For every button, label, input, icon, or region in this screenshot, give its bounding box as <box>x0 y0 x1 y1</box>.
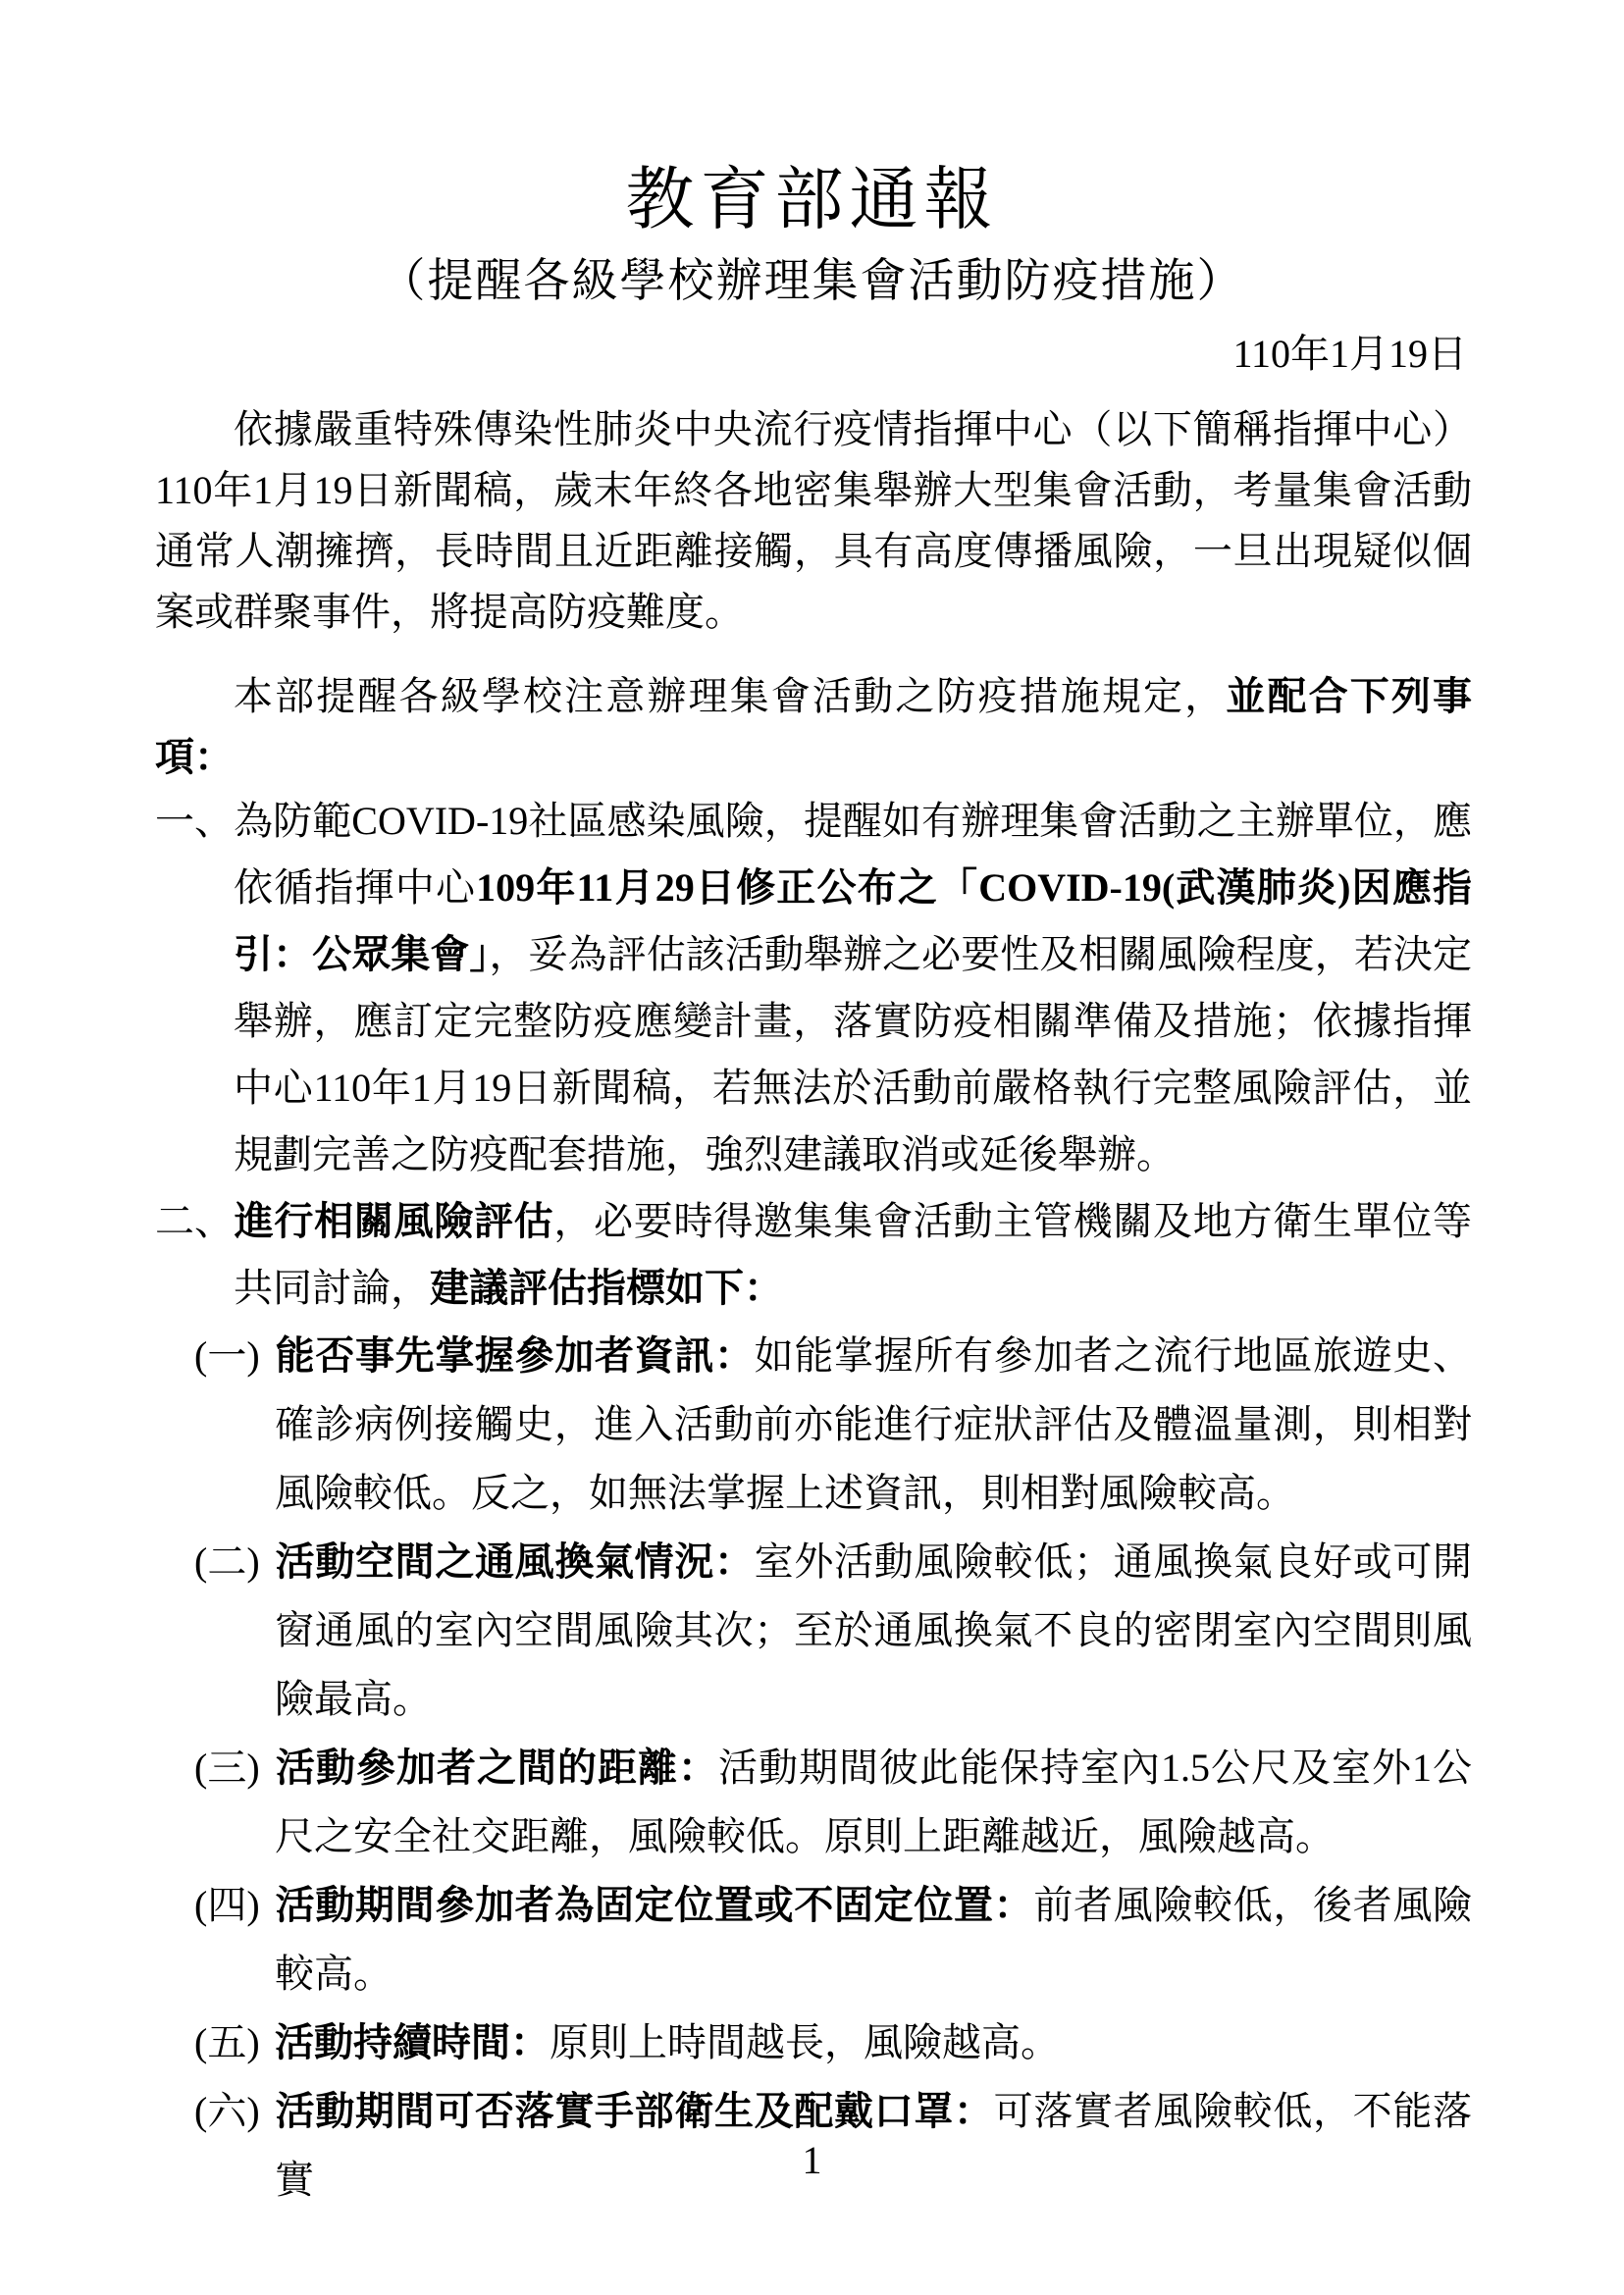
document-date: 110年1月19日 <box>0 329 1467 380</box>
document-page: 教育部通報 （提醒各級學校辦理集會活動防疫措施） 110年1月19日 依據嚴重特… <box>0 0 1624 2295</box>
criterion-6-marker: (六) <box>194 2077 275 2146</box>
criterion-5: (五)活動持續時間：原則上時間越長，風險越高。 <box>155 2008 1472 2077</box>
list-item-two-marker: 二、 <box>155 1188 234 1255</box>
criterion-2-marker: (二) <box>194 1528 275 1596</box>
list-item-two-bold-tail: 建議評估指標如下： <box>430 1266 783 1310</box>
criterion-3-marker: (三) <box>194 1734 275 1802</box>
criterion-1-heading: 能否事先掌握參加者資訊： <box>275 1333 755 1378</box>
list-item-one: 一、為防範COVID-19社區感染風險，提醒如有辦理集會活動之主辦單位，應依循指… <box>155 788 1472 1188</box>
criterion-2: (二)活動空間之通風換氣情況：室外活動風險較低；通風換氣良好或可開窗通風的室內空… <box>155 1528 1472 1734</box>
criterion-6-heading: 活動期間可否落實手部衛生及配戴口罩： <box>275 2089 994 2133</box>
paragraph-basis: 依據嚴重特殊傳染性肺炎中央流行疫情指揮中心（以下簡稱指揮中心）110年1月19日… <box>155 399 1472 643</box>
criterion-5-body: 原則上時間越長，風險越高。 <box>550 2020 1060 2064</box>
criterion-5-heading: 活動持續時間： <box>275 2020 550 2064</box>
criterion-5-marker: (五) <box>194 2008 275 2077</box>
list-item-two-bold-lead: 進行相關風險評估 <box>234 1199 553 1243</box>
criterion-4: (四)活動期間參加者為固定位置或不固定位置：前者風險較低，後者風險較高。 <box>155 1871 1472 2008</box>
page-number: 1 <box>0 2139 1624 2182</box>
page-title: 教育部通報 <box>0 0 1624 240</box>
list-item-one-marker: 一、 <box>155 788 234 855</box>
paragraph-reminder: 本部提醒各級學校注意辦理集會活動之防疫措施規定，並配合下列事項： <box>155 666 1472 788</box>
criterion-3: (三)活動參加者之間的距離：活動期間彼此能保持室內1.5公尺及室外1公尺之安全社… <box>155 1734 1472 1871</box>
page-subtitle: （提醒各級學校辦理集會活動防疫措施） <box>0 254 1624 309</box>
paragraph-reminder-text: 本部提醒各級學校注意辦理集會活動之防疫措施規定， <box>234 674 1226 718</box>
criterion-4-marker: (四) <box>194 1871 275 1940</box>
criterion-3-heading: 活動參加者之間的距離： <box>275 1746 718 1790</box>
criterion-4-heading: 活動期間參加者為固定位置或不固定位置： <box>275 1883 1033 1927</box>
list-item-two: 二、進行相關風險評估，必要時得邀集集會活動主管機關及地方衛生單位等共同討論，建議… <box>155 1188 1472 1322</box>
document-body: 依據嚴重特殊傳染性肺炎中央流行疫情指揮中心（以下簡稱指揮中心）110年1月19日… <box>155 399 1472 2215</box>
criterion-1-marker: (一) <box>194 1322 275 1390</box>
criterion-1: (一)能否事先掌握參加者資訊：如能掌握所有參加者之流行地區旅遊史、確診病例接觸史… <box>155 1322 1472 1528</box>
criterion-2-heading: 活動空間之通風換氣情況： <box>275 1539 755 1584</box>
paragraph-basis-text: 依據嚴重特殊傳染性肺炎中央流行疫情指揮中心（以下簡稱指揮中心）110年1月19日… <box>155 407 1472 634</box>
